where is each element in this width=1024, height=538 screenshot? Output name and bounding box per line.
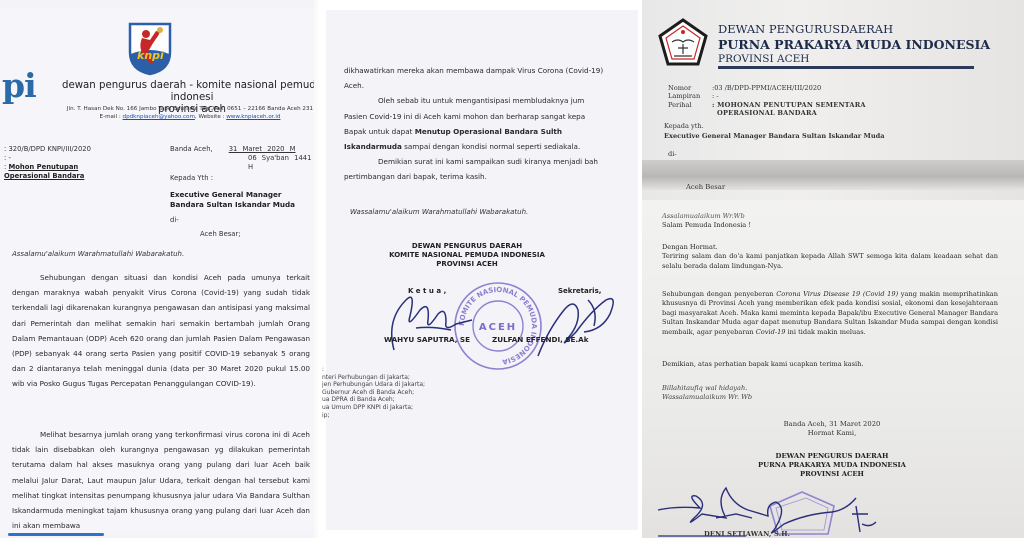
recipient: Executive General Manager Bandara Sultan… <box>170 190 314 210</box>
letter-number: :03 /B/DPD-PPMI/ACEH/III/2020 <box>712 84 821 92</box>
letter-knpi-page1: pi knpi dewan pengurus daerah - komite n… <box>0 0 318 538</box>
website-link[interactable]: www.knpiaceh.or.id <box>226 114 280 120</box>
letter-number: : 320/B/DPD KNPI/III/2020 <box>4 145 91 154</box>
letter-date-hijri: 06 Sya'ban 1441 H <box>170 154 314 172</box>
recipient-city: Aceh Besar <box>686 183 725 191</box>
carbon-copy-list: : nteri Perhubungan di Jakarta; jen Perh… <box>322 366 425 419</box>
closing-salutation: Billahitaufiq wal hidayah. Wassalamualai… <box>662 384 998 403</box>
signer-names: WAHYU SAPUTRA, SEZULFAN EFFENDI, SE.Ak <box>384 335 589 344</box>
opening-paragraph: Dengan Hormat. Teriring salam dan do'a k… <box>662 243 998 271</box>
letter-date: 31 Maret 2020 M <box>229 145 296 154</box>
ketua-label: Ketua, <box>408 287 449 295</box>
body-text: dikhawatirkan mereka akan membawa dampak… <box>344 63 638 185</box>
letter-meta: Nomor:03 /B/DPD-PPMI/ACEH/III/2020 Lampi… <box>668 84 866 118</box>
salutation: Assalamualaikum Wr.Wb Salam Pemuda Indon… <box>662 212 998 231</box>
recipient: Executive General Manager Bandara Sultan… <box>664 131 885 141</box>
email-link[interactable]: dpdknpiaceh@yahoo.com <box>123 114 195 120</box>
letter-meta: : 320/B/DPD KNPI/III/2020 : - : Mohon Pe… <box>4 145 91 181</box>
ketua-name: WAHYU SAPUTRA, SE <box>384 335 470 344</box>
date-recipient-block: Banda Aceh,31 Maret 2020 M 06 Sya'ban 14… <box>170 145 314 239</box>
letter-subject: : MOHONAN PENUTUPAN SEMENTARA <box>712 101 866 109</box>
closing-paragraph: Demikian, atas perhatian bapak kami ucap… <box>662 360 998 369</box>
ppmi-logo-icon <box>658 18 708 66</box>
knpi-logo-icon: knpi <box>128 22 172 76</box>
body-paragraph: Sehubungan dengan penyeberan Corona Viru… <box>662 290 998 337</box>
salutation: Assalamu'alaikum Warahmatullahi Wabaraka… <box>12 250 184 258</box>
letter-subject-2: Operasional Bandara <box>4 172 84 180</box>
sekretaris-label: Sekretaris, <box>558 287 601 295</box>
letter-attachment: : - <box>4 154 91 163</box>
closing-salutation: Wassalamu'alaikum Warahmatullahi Wabarak… <box>350 208 528 216</box>
body-paragraph-1: Sehubungan dengan situasi dan kondisi Ac… <box>12 270 310 392</box>
recipient-block: Kepada yth. Executive General Manager Ba… <box>664 121 885 159</box>
signature-org: DEWAN PENGURUS DAERAH KOMITE NASIONAL PE… <box>362 242 572 269</box>
letter-ppmi: DEWAN PENGURUSDAERAH PURNA PRAKARYA MUDA… <box>642 0 1024 538</box>
letter-subject: Mohon Penutupan <box>8 163 78 171</box>
sekretaris-name: ZULFAN EFFENDI, SE.Ak <box>492 335 588 344</box>
signer-name: DENI SETIAWAN, S.H. <box>704 530 790 538</box>
partial-knpi-logo-text: pi <box>2 66 36 105</box>
signature-org: DEWAN PENGURUS DAERAH PURNA PRAKARYA MUD… <box>732 452 932 479</box>
svg-text:knpi: knpi <box>137 49 164 62</box>
org-address: Jln. T. Hasan Dek No. 166 Jambo Tape Beu… <box>40 105 318 121</box>
letterhead-rule <box>718 66 974 69</box>
letter-knpi-page2: dikhawatirkan mereka akan membawa dampak… <box>322 0 638 538</box>
letterhead: DEWAN PENGURUSDAERAH PURNA PRAKARYA MUDA… <box>718 22 990 67</box>
selection-highlight-bar <box>8 533 104 536</box>
body-paragraph-2: Melihat besarnya jumlah orang yang terko… <box>12 427 310 533</box>
signature-block: Banda Aceh, 31 Maret 2020 Hormat Kami, D… <box>732 420 932 479</box>
